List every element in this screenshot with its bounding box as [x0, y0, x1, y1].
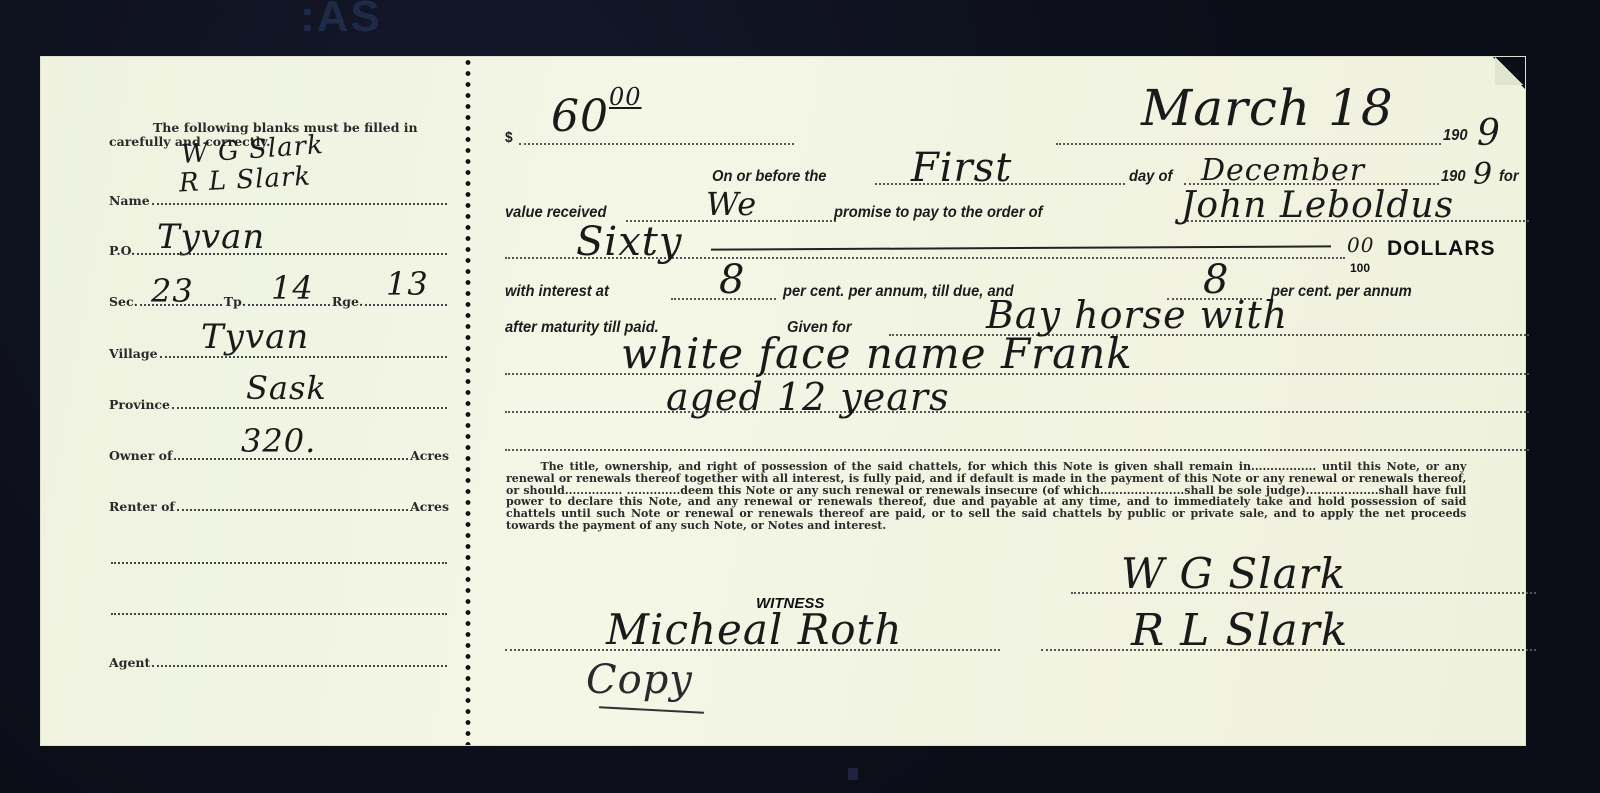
blank-line-1 — [111, 561, 447, 564]
maker-handwriting[interactable]: We — [706, 185, 757, 223]
consideration-handwriting-2[interactable]: white face name Frank — [621, 329, 1133, 378]
copy-underline — [599, 706, 704, 713]
sec-line — [140, 303, 222, 306]
province-label: Province — [109, 397, 170, 412]
background-speck — [848, 768, 858, 780]
date-line — [1056, 143, 1441, 145]
amount-line — [519, 143, 794, 145]
agent-line — [152, 664, 447, 667]
po-field[interactable]: P.O. — [109, 240, 449, 258]
witness-signature[interactable]: Micheal Roth — [606, 605, 903, 654]
signer-2-signature[interactable]: R L Slark — [1131, 605, 1348, 656]
rate-before-due-handwriting[interactable]: 8 — [719, 257, 745, 303]
with-interest-label: with interest at — [505, 283, 609, 301]
per-cent-till-due-label: per cent. per annum, till due, and — [783, 283, 1014, 301]
terms-text: The title, ownership, and right of posse… — [506, 459, 1466, 532]
blank-line-2 — [111, 612, 447, 615]
background-watermark: :AS — [300, 0, 382, 42]
province-line — [172, 406, 447, 409]
per-cent-per-annum-label: per cent. per annum — [1271, 283, 1412, 301]
dollars-label: DOLLARS — [1387, 237, 1496, 261]
village-field[interactable]: Village — [109, 343, 449, 361]
currency-symbol: $ — [505, 129, 513, 146]
name-line — [152, 202, 447, 205]
owner-of-line — [174, 457, 408, 460]
note-body: $ 60 00 March 18 190 9 On or before the … — [481, 57, 1525, 745]
due-day-handwriting[interactable]: First — [911, 145, 1012, 191]
amount-words-strike-line — [711, 245, 1331, 250]
rge-label: Rge. — [332, 294, 363, 309]
date-handwriting[interactable]: March 18 — [1141, 79, 1394, 137]
renter-of-acres-label: Acres — [410, 499, 449, 514]
consideration-handwriting-3[interactable]: aged 12 years — [666, 375, 950, 419]
owner-of-label: Owner of — [109, 448, 172, 463]
owner-of-field[interactable]: Owner of Acres — [109, 445, 449, 463]
village-label: Village — [109, 346, 158, 361]
due-year-handwriting: 9 — [1473, 157, 1493, 192]
sec-label: Sec. — [109, 294, 138, 309]
date-year-prefix: 190 — [1443, 127, 1468, 145]
signer-1-signature[interactable]: W G Slark — [1121, 549, 1346, 598]
po-line — [137, 252, 447, 255]
amount-words-handwriting[interactable]: Sixty — [576, 219, 682, 265]
agent-label: Agent — [109, 655, 150, 670]
copy-annotation: Copy — [586, 657, 693, 703]
for-label: for — [1499, 168, 1519, 186]
rge-line — [365, 303, 447, 306]
on-or-before-label: On or before the — [712, 168, 826, 186]
consideration-line-4 — [505, 449, 1529, 451]
province-field[interactable]: Province — [109, 394, 449, 412]
terms-paragraph: The title, ownership, and right of posse… — [506, 461, 1466, 532]
day-of-label: day of — [1129, 168, 1172, 186]
renter-of-label: Renter of — [109, 499, 175, 514]
agent-field[interactable]: Agent — [109, 652, 449, 670]
tp-label: Tp. — [224, 294, 246, 309]
sec-tp-rge-field[interactable]: Sec. Tp. Rge. — [109, 291, 449, 309]
village-line — [160, 355, 447, 358]
tp-line — [248, 303, 330, 306]
date-year-handwriting: 9 — [1477, 113, 1501, 154]
amount-cents-handwriting: 00 — [609, 83, 642, 111]
blank-field-2[interactable] — [109, 600, 449, 618]
due-month-handwriting[interactable]: December — [1201, 153, 1365, 188]
blank-field-1[interactable] — [109, 549, 449, 567]
name-field[interactable]: Name — [109, 190, 449, 208]
consideration-line-3 — [505, 411, 1529, 413]
renter-of-field[interactable]: Renter of Acres — [109, 496, 449, 514]
due-year-prefix: 190 — [1441, 168, 1466, 186]
cents-denominator: 100 — [1350, 261, 1370, 275]
renter-of-line — [177, 508, 408, 511]
payee-handwriting[interactable]: John Leboldus — [1181, 185, 1454, 226]
perforation-line — [465, 57, 471, 745]
amount-words-cents: 00 — [1347, 233, 1374, 257]
note-stub: The following blanks must be filled in c… — [41, 57, 461, 745]
name-label: Name — [109, 193, 150, 208]
promise-label: promise to pay to the order of — [834, 204, 1043, 222]
po-label: P.O. — [109, 243, 135, 258]
owner-of-acres-label: Acres — [410, 448, 449, 463]
promissory-note: The following blanks must be filled in c… — [41, 57, 1525, 745]
amount-handwriting[interactable]: 60 — [551, 91, 609, 142]
